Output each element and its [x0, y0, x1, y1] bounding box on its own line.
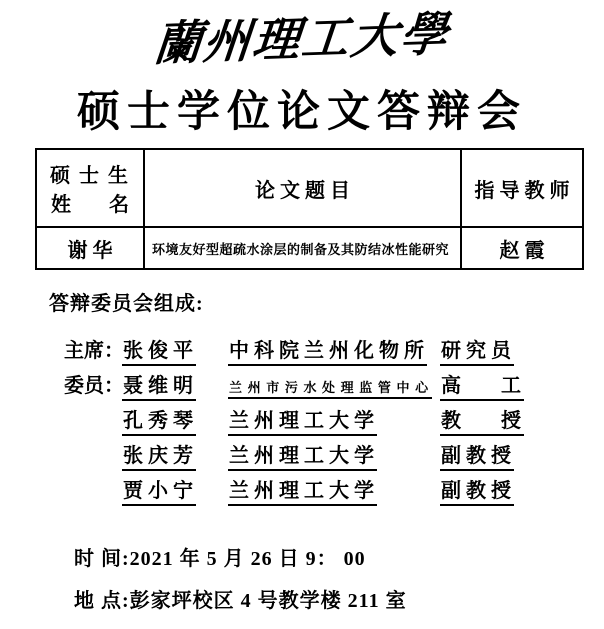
header-student-line2-right: 名 — [109, 188, 129, 217]
committee-member-affiliation: 兰 州 市 污 水 处 理 监 管 中 心 — [228, 375, 440, 399]
time-value: 2021 年 5 月 26 日 9： 00 — [130, 548, 366, 570]
committee-member-name: 贾 小 宁 — [122, 474, 228, 506]
committee-member-title: 研 究 员 — [440, 334, 564, 366]
committee-row-member: 委员： 聂 维 明 兰 州 市 污 水 处 理 监 管 中 心 高 工 — [64, 369, 564, 393]
committee-heading: 答辩委员会组成: — [49, 287, 204, 316]
committee-row-member: 孔 秀 琴 兰 州 理 工 大 学 教 授 — [64, 404, 564, 428]
location-value: 彭家坪校区 4 号教学楼 211 室 — [130, 590, 407, 612]
table-row: 谢 华 环境友好型超疏水涂层的制备及其防结冰性能研究 赵 霞 — [37, 228, 582, 268]
university-logo-calligraphy: 蘭州理工大學 — [152, 0, 453, 74]
header-student-name: 硕 士 生 姓 名 — [37, 150, 143, 226]
committee-member-name: 聂 维 明 — [122, 369, 228, 401]
header-advisor: 指 导 教 师 — [460, 150, 582, 226]
committee-member-title: 副 教 授 — [440, 474, 564, 506]
committee-row-member: 张 庆 芳 兰 州 理 工 大 学 副 教 授 — [64, 439, 564, 463]
committee-member-affiliation: 兰 州 理 工 大 学 — [228, 474, 440, 506]
committee-row-chair: 主席： 张 俊 平 中 科 院 兰 州 化 物 所 研 究 员 — [64, 334, 564, 358]
defense-location: 地 点:彭家坪校区 4 号教学楼 211 室 — [74, 584, 407, 613]
committee-role-label: 主席： — [64, 334, 122, 363]
committee-row-member: 贾 小 宁 兰 州 理 工 大 学 副 教 授 — [64, 474, 564, 498]
committee-member-affiliation: 兰 州 理 工 大 学 — [228, 404, 440, 436]
header-student-line2: 姓 名 — [37, 188, 143, 217]
defense-info-table: 硕 士 生 姓 名 论 文 题 目 指 导 教 师 谢 华 环境友好型超疏水涂层… — [35, 148, 584, 270]
committee-member-title: 教 授 — [440, 404, 564, 436]
document-page: 蘭州理工大學 硕士学位论文答辩会 硕 士 生 姓 名 论 文 题 目 指 导 教… — [0, 0, 604, 629]
table-header-row: 硕 士 生 姓 名 论 文 题 目 指 导 教 师 — [37, 150, 582, 228]
committee-member-name: 孔 秀 琴 — [122, 404, 228, 436]
time-label: 时 间: — [74, 548, 130, 570]
header-student-line1: 硕 士 生 — [50, 159, 130, 188]
cell-thesis-title: 环境友好型超疏水涂层的制备及其防结冰性能研究 — [143, 228, 460, 268]
cell-student-name: 谢 华 — [37, 228, 143, 268]
committee-member-name: 张 庆 芳 — [122, 439, 228, 471]
header-thesis-title: 论 文 题 目 — [143, 150, 460, 226]
defense-time: 时 间:2021 年 5 月 26 日 9： 00 — [74, 542, 366, 571]
committee-list: 主席： 张 俊 平 中 科 院 兰 州 化 物 所 研 究 员 委员： 聂 维 … — [64, 334, 564, 509]
committee-role-label: 委员： — [64, 369, 122, 398]
committee-member-affiliation: 中 科 院 兰 州 化 物 所 — [228, 334, 440, 366]
location-label: 地 点: — [74, 590, 130, 612]
university-logo-wrap: 蘭州理工大學 — [0, 2, 604, 64]
committee-member-affiliation: 兰 州 理 工 大 学 — [228, 439, 440, 471]
committee-member-title: 高 工 — [440, 369, 564, 401]
cell-advisor-name: 赵 霞 — [460, 228, 582, 268]
committee-member-name: 张 俊 平 — [122, 334, 228, 366]
committee-member-title: 副 教 授 — [440, 439, 564, 471]
page-title: 硕士学位论文答辩会 — [0, 78, 604, 139]
header-student-line2-left: 姓 — [51, 188, 71, 217]
